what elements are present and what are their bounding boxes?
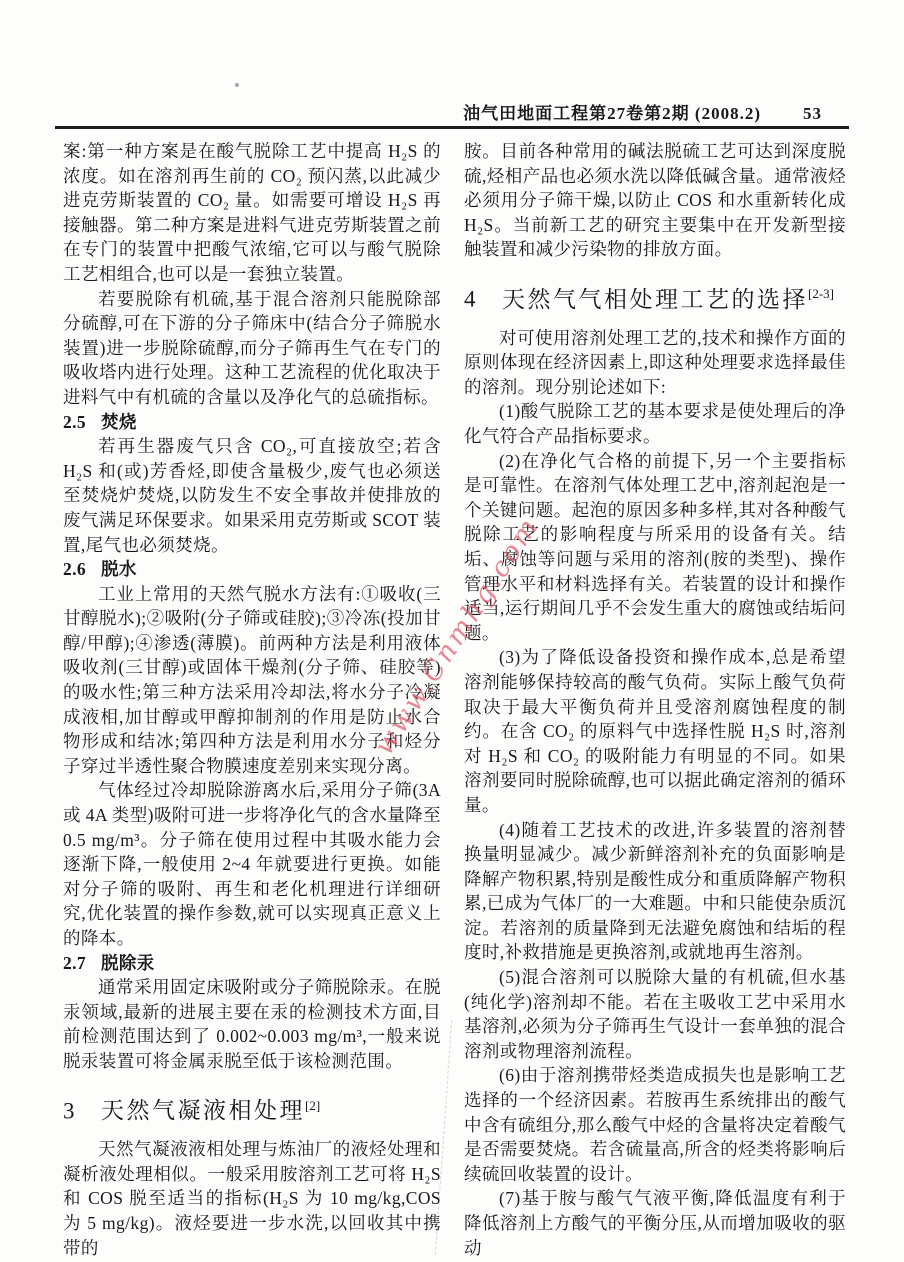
left-column: 案:第一种方案是在酸气脱除工艺中提高 H₂S 的浓度。如在溶剂再生前的 CO₂ … <box>63 139 441 1260</box>
section-heading-2-5: 2.5焚烧 <box>63 410 441 435</box>
paragraph-solvent-selection-intro: 对可使用溶剂处理工艺的,技术和操作方面的原则体现在经济因素上,即这种处理要求选择… <box>464 326 846 400</box>
paragraph-point-1: (1)酸气脱除工艺的基本要求是使处理后的净化气符合产品指标要求。 <box>464 399 846 448</box>
paragraph-mercury-removal: 通常采用固定床吸附或分子筛脱除汞。在脱汞领域,最新的进展主要在汞的检测技术方面,… <box>63 975 441 1073</box>
paragraph-point-4: (4)随着工艺技术的改进,许多装置的溶剂替换量明显减少。减少新鲜溶剂补充的负面影… <box>464 818 846 966</box>
reference-superscript: [2] <box>305 1098 320 1113</box>
paragraph-amine-continuation: 胺。目前各种常用的碱法脱硫工艺可达到深度脱硫,烃相产品也必须水洗以降低碱含量。通… <box>464 139 846 262</box>
right-column: 胺。目前各种常用的碱法脱硫工艺可达到深度脱硫,烃相产品也必须水洗以降低碱含量。通… <box>464 139 846 1260</box>
journal-title-line: 油气田地面工程第27卷第2期 (2008.2) <box>463 99 761 124</box>
reference-superscript: [2-3] <box>808 286 834 301</box>
page-header: 油气田地面工程第27卷第2期 (2008.2) 53 <box>0 99 822 124</box>
paragraph-incineration: 若再生器废气只含 CO₂,可直接放空;若含 H₂S 和(或)芳香烃,即使含量极少… <box>63 434 441 557</box>
header-rule <box>55 126 849 129</box>
paragraph-point-5: (5)混合溶剂可以脱除大量的有机硫,但水基(纯化学)溶剂却不能。若在主吸收工艺中… <box>464 965 846 1063</box>
paragraph-organic-sulfur-removal: 若要脱除有机硫,基于混合溶剂只能脱除部分硫醇,可在下游的分子筛床中(结合分子筛脱… <box>63 287 441 410</box>
chapter-number: 3 <box>63 1098 77 1123</box>
paragraph-point-2: (2)在净化气合格的前提下,另一个主要指标是可靠性。在溶剂气体处理工艺中,溶剂起… <box>464 449 846 646</box>
page-number: 53 <box>803 104 822 124</box>
section-number: 2.5 <box>63 412 86 432</box>
section-title: 脱除汞 <box>101 953 155 973</box>
scan-artifact-dot <box>235 83 239 87</box>
paragraph-point-6: (6)由于溶剂携带烃类造成损失也是影响工艺选择的一个经济因素。若胺再生系统排出的… <box>464 1063 846 1186</box>
section-heading-2-7: 2.7脱除汞 <box>63 951 441 976</box>
section-title: 焚烧 <box>101 412 137 432</box>
section-number: 2.7 <box>63 953 86 973</box>
chapter-title: 天然气凝液相处理 <box>101 1098 305 1123</box>
paragraph-acid-gas-schemes: 案:第一种方案是在酸气脱除工艺中提高 H₂S 的浓度。如在溶剂再生前的 CO₂ … <box>63 139 441 287</box>
paragraph-molecular-sieve: 气体经过冷却脱除游离水后,采用分子筛(3A 或 4A 类型)吸附可进一步将净化气… <box>63 778 441 950</box>
paragraph-ngl-liquid-phase: 天然气凝液液相处理与炼油厂的液烃处理和凝析液处理相似。一般采用胺溶剂工艺可将 H… <box>63 1137 441 1260</box>
paragraph-point-7: (7)基于胺与酸气气液平衡,降低温度有利于降低溶剂上方酸气的平衡分压,从而增加吸… <box>464 1186 846 1260</box>
chapter-heading-4: 4天然气气相处理工艺的选择[2-3] <box>464 279 846 315</box>
chapter-heading-3: 3天然气凝液相处理[2] <box>63 1091 441 1127</box>
section-title: 脱水 <box>101 559 137 579</box>
section-number: 2.6 <box>63 559 86 579</box>
chapter-title: 天然气气相处理工艺的选择 <box>502 287 808 312</box>
paragraph-point-3: (3)为了降低设备投资和操作成本,总是希望溶剂能够保持较高的酸气负荷。实际上酸气… <box>464 645 846 817</box>
section-heading-2-6: 2.6脱水 <box>63 557 441 582</box>
chapter-number: 4 <box>464 287 478 312</box>
paragraph-dehydration-methods: 工业上常用的天然气脱水方法有:①吸收(三甘醇脱水);②吸附(分子筛或硅胶);③冷… <box>63 582 441 779</box>
